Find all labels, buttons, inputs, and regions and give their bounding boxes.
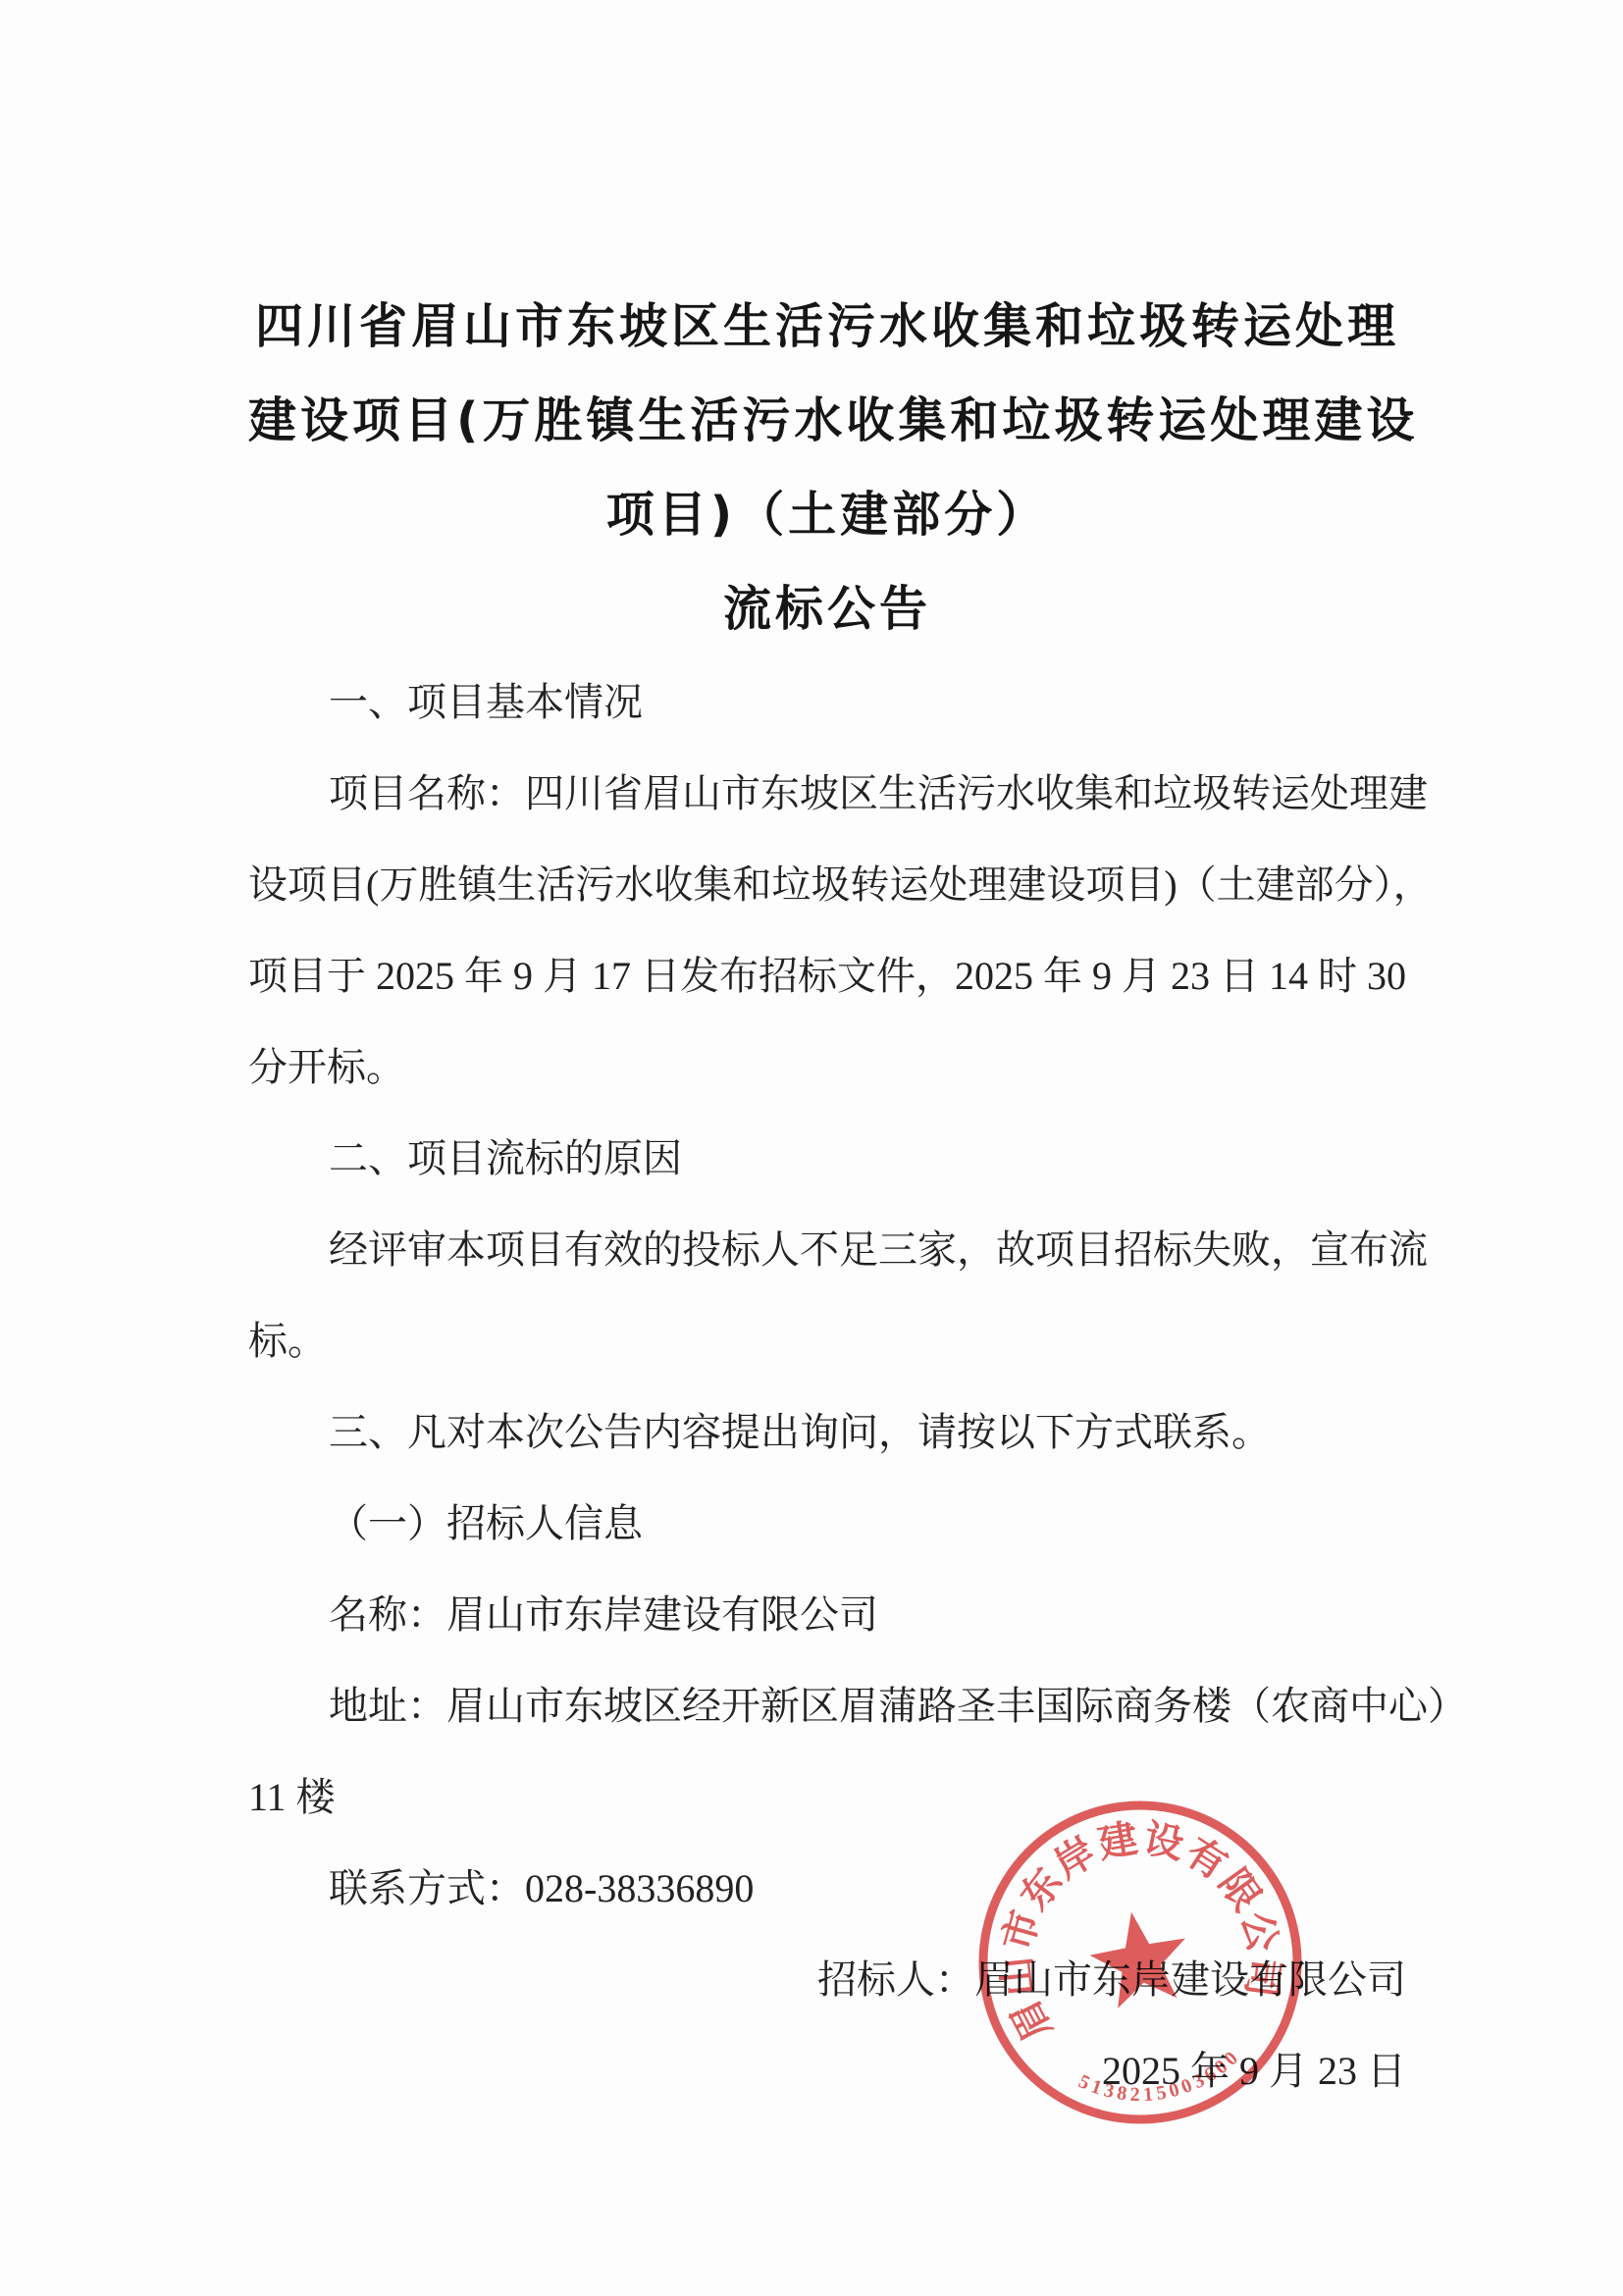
body-line-tenderer-address-1: 地址：眉山市东坡区经开新区眉蒲路圣丰国际商务楼（农商中心） [248,1660,1406,1751]
body-line-tenderer-name: 名称：眉山市东岸建设有限公司 [248,1569,1406,1660]
document-body: 一、项目基本情况 项目名称：四川省眉山市东坡区生活污水收集和垃圾转运处理建 设项… [248,656,1406,2116]
body-line-failure-reason-1: 经评审本项目有效的投标人不足三家，故项目招标失败，宣布流 [248,1204,1406,1295]
tenderer-signature-line: 招标人：眉山市东岸建设有限公司 [248,1934,1406,2025]
body-line-failure-reason-2: 标。 [248,1295,1406,1386]
body-line-project-name-2: 设项目(万胜镇生活污水收集和垃圾转运处理建设项目)（土建部分）， [248,839,1406,930]
document-title: 四川省眉山市东坡区生活污水收集和垃圾转运处理 建设项目(万胜镇生活污水收集和垃圾… [248,280,1406,656]
body-line-dates: 项目于 2025 年 9 月 17 日发布招标文件，2025 年 9 月 23 … [248,930,1406,1021]
body-line-tenderer-info-heading: （一）招标人信息 [248,1478,1406,1569]
body-line-contact-phone: 联系方式：028-38336890 [248,1843,1406,1934]
document-page: 四川省眉山市东坡区生活污水收集和垃圾转运处理 建设项目(万胜镇生活污水收集和垃圾… [0,0,1623,2296]
document-content: 四川省眉山市东坡区生活污水收集和垃圾转运处理 建设项目(万胜镇生活污水收集和垃圾… [248,280,1406,2116]
body-line-tenderer-address-2: 11 楼 [248,1751,1406,1843]
signature-date-line: 2025 年 9 月 23 日 [248,2025,1406,2116]
title-line-3: 项目)（土建部分） [248,468,1406,562]
body-line-project-name-1: 项目名称：四川省眉山市东坡区生活污水收集和垃圾转运处理建 [248,748,1406,839]
document-subtitle: 流标公告 [248,562,1406,656]
signature-block: 招标人：眉山市东岸建设有限公司 2025 年 9 月 23 日 [248,1934,1406,2116]
body-line-section3-heading: 三、凡对本次公告内容提出询问，请按以下方式联系。 [248,1386,1406,1478]
body-line-section2-heading: 二、项目流标的原因 [248,1113,1406,1204]
title-line-2: 建设项目(万胜镇生活污水收集和垃圾转运处理建设 [248,374,1406,468]
title-line-1: 四川省眉山市东坡区生活污水收集和垃圾转运处理 [248,280,1406,374]
body-line-bid-opening: 分开标。 [248,1021,1406,1113]
body-line-section1-heading: 一、项目基本情况 [248,656,1406,748]
